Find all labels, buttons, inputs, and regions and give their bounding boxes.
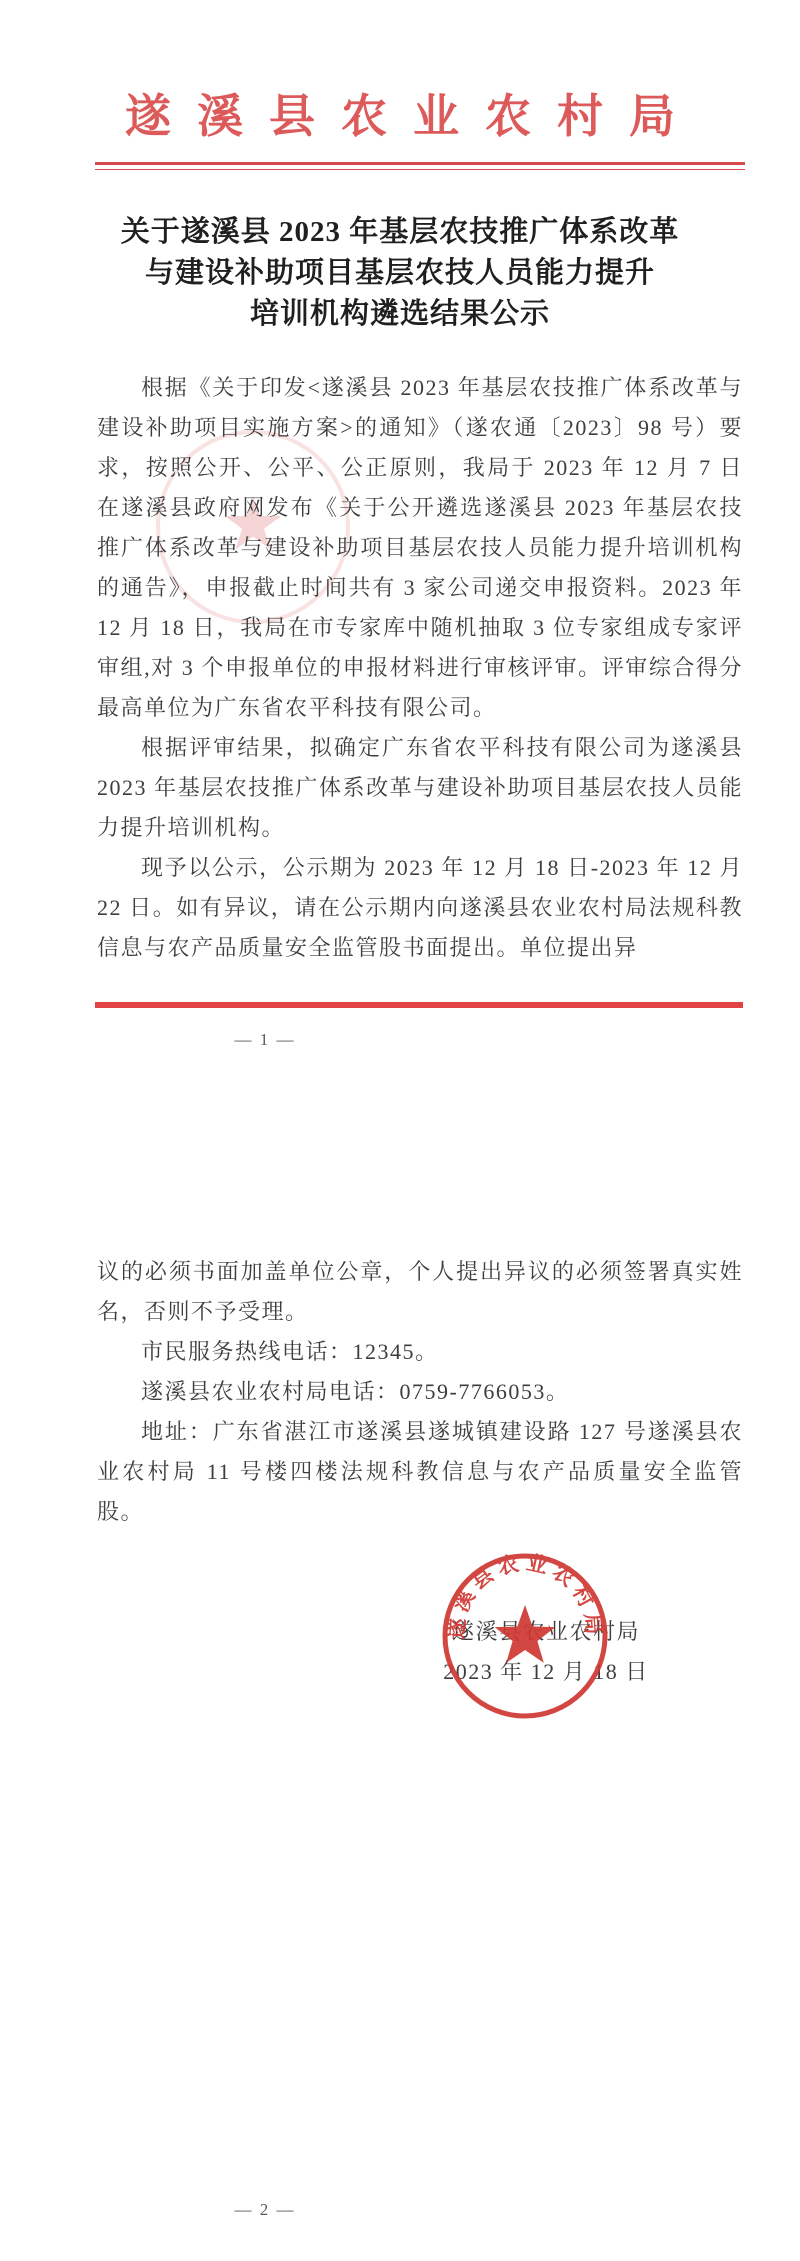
- paragraph: 根据评审结果，拟确定广东省农平科技有限公司为遂溪县 2023 年基层农技推广体系…: [97, 728, 743, 848]
- document-title-line3: 培训机构遴选结果公示: [60, 294, 740, 335]
- signature-date: 2023 年 12 月 18 日: [408, 1652, 684, 1692]
- scanned-document: 遂溪县农业农村局 关于遂溪县 2023 年基层农技推广体系改革 与建设补助项目基…: [0, 0, 800, 2261]
- paragraph: 遂溪县农业农村局电话：0759-7766053。: [97, 1372, 743, 1412]
- paragraph-continuation: 议的必须书面加盖单位公章，个人提出异议的必须签署真实姓名，否则不予受理。: [97, 1252, 743, 1332]
- paragraph: 地址：广东省湛江市遂溪县遂城镇建设路 127 号遂溪县农业农村局 11 号楼四楼…: [97, 1412, 743, 1532]
- page1-red-divider: [95, 1002, 743, 1008]
- agency-masthead: 遂溪县农业农村局: [0, 80, 800, 146]
- signature-agency: 遂溪县农业农村局: [408, 1612, 684, 1652]
- page2-number: — 2 —: [223, 2200, 307, 2220]
- paragraph: 根据《关于印发<遂溪县 2023 年基层农技推广体系改革与建设补助项目实施方案>…: [97, 368, 743, 728]
- signature-block: 遂溪县农业农村局 2023 年 12 月 18 日: [408, 1612, 684, 1692]
- paragraph: 市民服务热线电话：12345。: [97, 1332, 743, 1372]
- document-title: 关于遂溪县 2023 年基层农技推广体系改革 与建设补助项目基层农技人员能力提升…: [60, 212, 740, 335]
- document-title-line2: 与建设补助项目基层农技人员能力提升: [60, 253, 740, 294]
- paragraph: 现予以公示，公示期为 2023 年 12 月 18 日-2023 年 12 月 …: [97, 848, 743, 968]
- page1-body: 根据《关于印发<遂溪县 2023 年基层农技推广体系改革与建设补助项目实施方案>…: [97, 368, 743, 968]
- masthead-double-rule: [95, 162, 745, 170]
- page1-number: — 1 —: [223, 1030, 307, 1050]
- page2-body: 议的必须书面加盖单位公章，个人提出异议的必须签署真实姓名，否则不予受理。 市民服…: [97, 1252, 743, 1532]
- document-title-line1: 关于遂溪县 2023 年基层农技推广体系改革: [60, 212, 740, 253]
